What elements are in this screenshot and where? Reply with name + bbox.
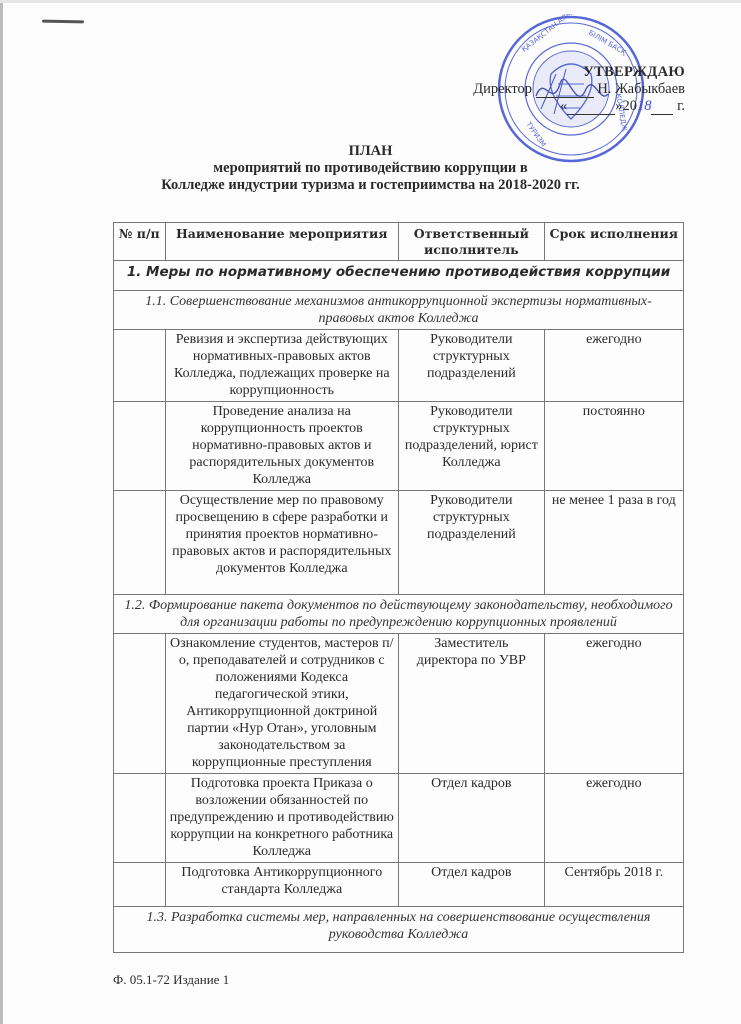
cell-number — [114, 402, 166, 491]
cell-event-name: Подготовка Антикоррупционного стандарта … — [165, 863, 398, 907]
date-year-line — [651, 102, 673, 115]
subsection-title: 1.2. Формирование пакета документов по д… — [114, 595, 684, 634]
cell-responsible: Руководители структурных подразделений — [399, 330, 545, 402]
cell-responsible: Руководители структурных подразделений, … — [399, 402, 545, 491]
cell-number — [114, 491, 166, 595]
cell-deadline: Сентябрь 2018 г. — [544, 863, 683, 907]
cell-deadline: постоянно — [544, 402, 683, 491]
cell-deadline: ежегодно — [544, 774, 683, 863]
svg-text:ҚАЗАҚСТАН АЛМАТЫ ҚАЛАСЫ: ҚАЗАҚСТАН АЛМАТЫ ҚАЛАСЫ — [520, 14, 612, 54]
form-code: Ф. 05.1-72 Издание 1 — [113, 972, 229, 988]
cell-number — [114, 634, 166, 774]
scan-edge-top — [0, 0, 741, 3]
pen-mark — [42, 20, 84, 24]
title-line-2: мероприятий по противодействию коррупции… — [0, 160, 741, 177]
cell-number — [114, 330, 166, 402]
header-number: № п/п — [114, 223, 166, 261]
date-year-handwritten: 18 — [637, 98, 652, 114]
cell-number — [114, 774, 166, 863]
table-row: Подготовка Антикоррупционного стандарта … — [114, 863, 684, 907]
section-title: 1. Меры по нормативному обеспечению прот… — [114, 261, 684, 291]
cell-responsible: Отдел кадров — [399, 863, 545, 907]
plan-table: № п/п Наименование мероприятия Ответстве… — [113, 222, 684, 953]
signature-line — [536, 85, 594, 98]
cell-number — [114, 863, 166, 907]
svg-text:БІЛІМ БАСҚ: БІЛІМ БАСҚ — [587, 29, 627, 57]
approval-block: УТВЕРЖДАЮ Директор Н. Жабыкбаев «»2018 г… — [473, 64, 685, 115]
header-event-name: Наименование мероприятия — [165, 223, 398, 261]
title-line-3: Колледже индустрии туризма и гостеприимс… — [0, 177, 741, 194]
table-header-row: № п/п Наименование мероприятия Ответстве… — [114, 223, 684, 261]
date-suffix: г. — [677, 98, 685, 114]
cell-event-name: Проведение анализа на коррупционность пр… — [165, 402, 398, 491]
date-day-line — [567, 102, 615, 115]
date-year-prefix: »20 — [615, 98, 637, 114]
cell-responsible: Отдел кадров — [399, 774, 545, 863]
cell-event-name: Осуществление мер по правовому просвещен… — [165, 491, 398, 595]
date-prefix: « — [560, 98, 567, 114]
cell-deadline: ежегодно — [544, 634, 683, 774]
table-row: Подготовка проекта Приказа о возложении … — [114, 774, 684, 863]
document-title: ПЛАН мероприятий по противодействию корр… — [0, 143, 741, 194]
table-row: Осуществление мер по правовому просвещен… — [114, 491, 684, 595]
cell-deadline: ежегодно — [544, 330, 683, 402]
cell-responsible: Руководители структурных подразделений — [399, 491, 545, 595]
approval-heading: УТВЕРЖДАЮ — [473, 64, 685, 81]
cell-responsible: Заместитель директора по УВР — [399, 634, 545, 774]
cell-deadline: не менее 1 раза в год — [544, 491, 683, 595]
subsection-title: 1.3. Разработка системы мер, направленны… — [114, 907, 684, 953]
approval-signatory: Н. Жабыкбаев — [597, 81, 685, 97]
cell-event-name: Ознакомление студентов, мастеров п/о, пр… — [165, 634, 398, 774]
table-row: Ознакомление студентов, мастеров п/о, пр… — [114, 634, 684, 774]
cell-event-name: Подготовка проекта Приказа о возложении … — [165, 774, 398, 863]
table-row: Проведение анализа на коррупционность пр… — [114, 402, 684, 491]
subsection-title: 1.1. Совершенствование механизмов антико… — [114, 291, 684, 330]
cell-event-name: Ревизия и экспертиза действующих нормати… — [165, 330, 398, 402]
header-deadline: Срок исполнения — [544, 223, 683, 261]
header-responsible: Ответственный исполнитель — [399, 223, 545, 261]
approval-position: Директор — [473, 81, 532, 97]
table-row: Ревизия и экспертиза действующих нормати… — [114, 330, 684, 402]
title-line-1: ПЛАН — [0, 143, 741, 160]
